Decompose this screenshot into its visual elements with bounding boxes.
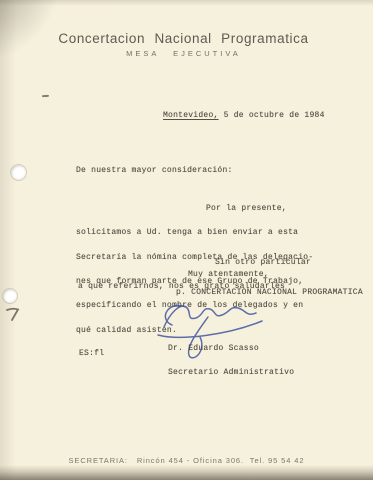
signer-block: Dr. Eduardo Scasso Secretario Administra… bbox=[168, 329, 294, 394]
signer-title: Secretario Administrativo bbox=[168, 369, 294, 377]
signature-org-line: p. CONCERTACION NACIONAL PROGRAMATICA bbox=[176, 289, 363, 297]
valediction: Muy atentamente, bbox=[188, 271, 269, 279]
letterhead: Concertacion Nacional Programatica MESA … bbox=[0, 31, 367, 58]
org-division: MESA EJECUTIVA bbox=[0, 49, 367, 58]
hole-punch bbox=[11, 165, 26, 180]
salutation: De nuestra mayor consideración: bbox=[76, 167, 233, 175]
org-name: Concertacion Nacional Programatica bbox=[0, 31, 367, 46]
footer-address: SECRETARIA: Rincón 454 - Oficina 306. Te… bbox=[0, 456, 373, 465]
dateline: Montevideo, 5 de octubre de 1984 bbox=[163, 112, 325, 120]
page-left-shadow bbox=[0, 0, 16, 480]
letter-line: Sin otro particular bbox=[78, 259, 311, 267]
page-top-shadow bbox=[0, 0, 373, 6]
dateline-date: 5 de octubre de 1984 bbox=[219, 111, 325, 120]
handwritten-check-mark bbox=[5, 306, 21, 322]
hole-punch bbox=[3, 289, 17, 303]
letter-line: solicitamos a Ud. tenga a bien enviar a … bbox=[76, 229, 313, 237]
page-bottom-shadow bbox=[0, 465, 373, 480]
letter-line: Por la presente, bbox=[76, 205, 313, 213]
signer-name: Dr. Eduardo Scasso bbox=[168, 345, 294, 353]
reference-initials: ES:fl bbox=[79, 350, 104, 358]
scanned-letter-page: Concertacion Nacional Programatica MESA … bbox=[0, 0, 373, 480]
dateline-city: Montevideo, bbox=[163, 111, 219, 120]
